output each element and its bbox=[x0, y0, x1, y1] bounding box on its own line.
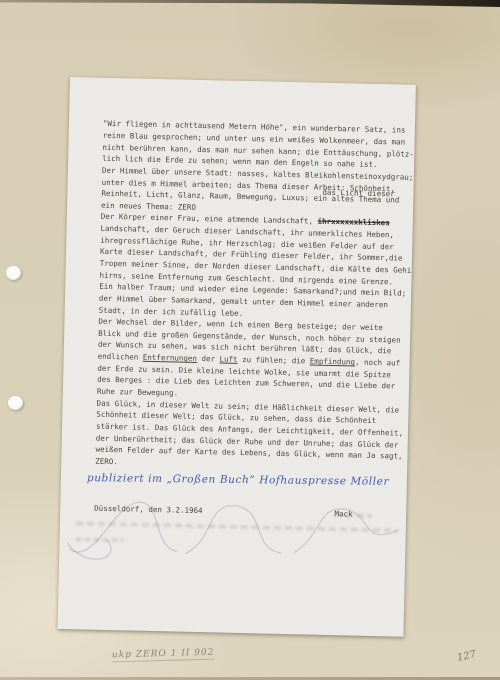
scanned-album-page: "Wir fliegen in achttausend Metern Höhe"… bbox=[0, 0, 500, 680]
typed-insertion: das Licht dieser bbox=[322, 187, 394, 200]
page-number-pencil: 127 bbox=[456, 649, 477, 664]
scan-top-edge bbox=[0, 0, 500, 7]
punch-hole-bottom bbox=[8, 396, 23, 410]
ink-offset-ghost-and-scribbles bbox=[65, 493, 407, 575]
punch-hole-top bbox=[6, 266, 21, 280]
typewritten-letter-sheet: "Wir fliegen in achttausend Metern Höhe"… bbox=[57, 77, 415, 637]
archive-number-pencil: ukp ZERO 1 II 902 bbox=[112, 648, 215, 663]
typed-lines: "Wir fliegen in achttausend Metern Höhe"… bbox=[95, 118, 417, 474]
